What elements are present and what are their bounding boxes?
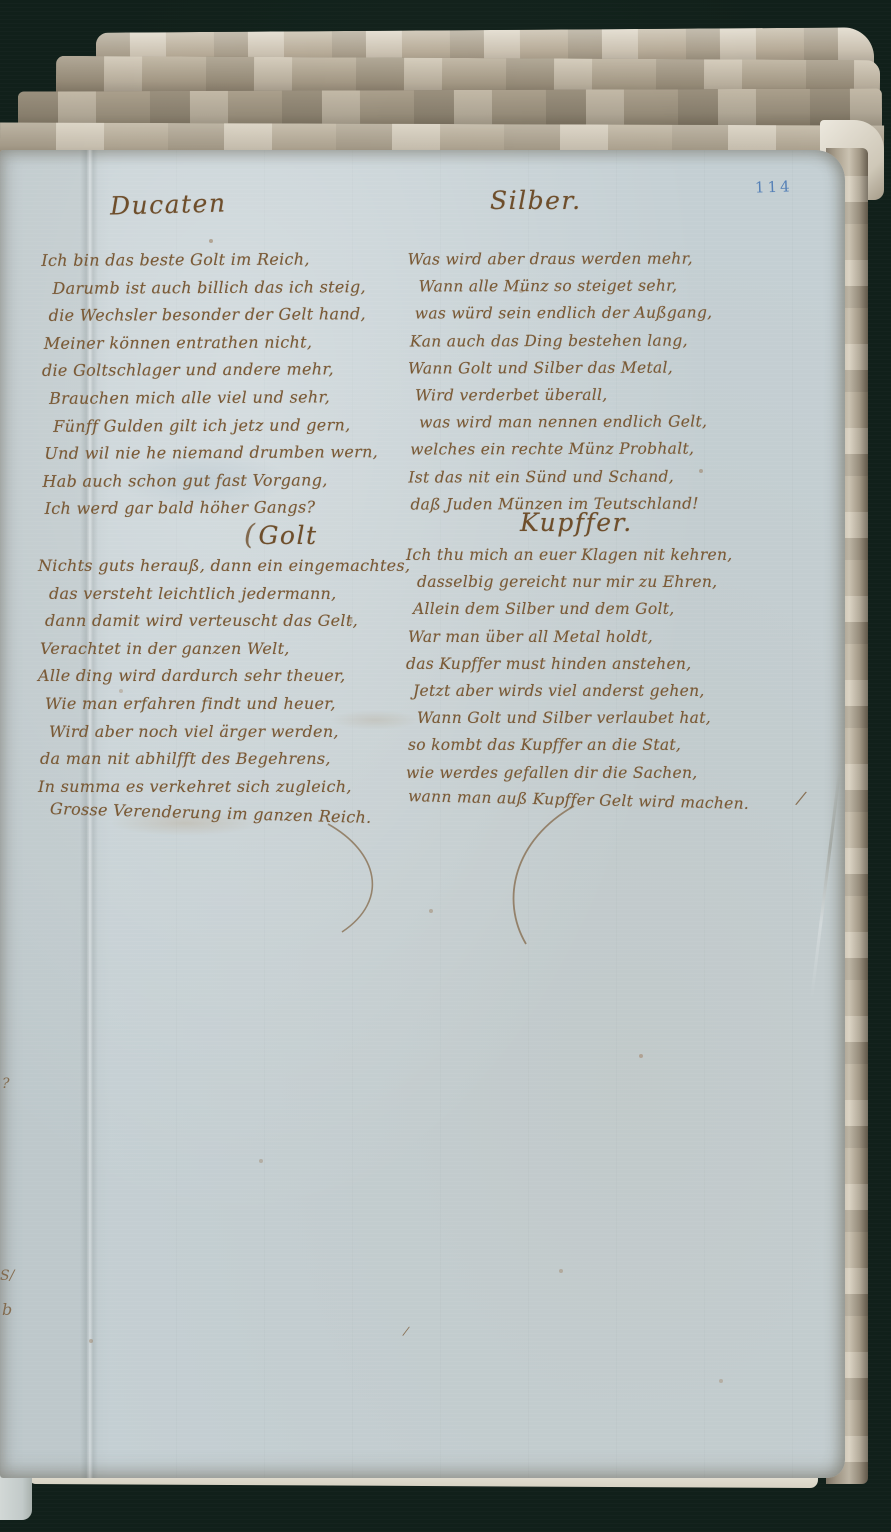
margin-ink-fragment: / bbox=[796, 788, 806, 810]
manuscript-line: Wann alle Münz so steiget sehr, bbox=[419, 273, 713, 301]
manuscript-line: Ich bin das beste Golt im Reich, bbox=[41, 245, 377, 274]
flourish-paren: ( bbox=[244, 518, 256, 551]
folio-number: 114 bbox=[755, 177, 793, 196]
manuscript-line: dasselbig gereicht nur mir zu Ehren, bbox=[417, 569, 749, 596]
margin-ink-fragment: b bbox=[2, 1300, 12, 1319]
manuscript-line: Ist das nit ein Sünd und Schand, bbox=[408, 463, 713, 491]
manuscript-page: 114 Ducaten Silber. (Golt Kupffer. Ich b… bbox=[0, 150, 845, 1478]
manuscript-line: Hab auch schon gut fast Vorgang, bbox=[42, 466, 378, 495]
manuscript-line: Kan auch das Ding bestehen lang, bbox=[410, 327, 713, 355]
heading-silber: Silber. bbox=[490, 186, 582, 215]
manuscript-line: das Kupffer must hinden anstehen, bbox=[406, 651, 749, 678]
column-kupffer: Ich thu mich an euer Klagen nit kehren,d… bbox=[408, 542, 749, 814]
fold-crease bbox=[810, 771, 841, 1000]
manuscript-line: Was wird aber draus werden mehr, bbox=[408, 245, 713, 273]
manuscript-line: Darumb ist auch billich das ich steig, bbox=[52, 273, 377, 302]
manuscript-line: Ich werd gar bald höher Gangs? bbox=[45, 493, 379, 522]
manuscript-line: Wann Golt und Silber verlaubet hat, bbox=[417, 705, 749, 732]
manuscript-line: Grosse Verenderung im ganzen Reich. bbox=[50, 795, 411, 833]
manuscript-line: daß Juden Münzen im Teutschland! bbox=[410, 490, 713, 518]
column-golt: Nichts guts herauß, dann ein eingemachte… bbox=[40, 552, 410, 828]
manuscript-line: welches ein rechte Münz Probhalt, bbox=[410, 436, 713, 464]
manuscript-line: wann man auß Kupffer Gelt wird machen. bbox=[408, 783, 750, 818]
column-silber: Was wird aber draus werden mehr,Wann all… bbox=[410, 245, 714, 518]
heading-ducaten: Ducaten bbox=[110, 188, 227, 220]
manuscript-line: so kombt das Kupffer an die Stat, bbox=[408, 732, 749, 759]
manuscript-line: Fünff Gulden gilt ich jetz und gern, bbox=[53, 411, 378, 440]
manuscript-line: wie werdes gefallen dir die Sachen, bbox=[406, 760, 749, 787]
manuscript-line: was wird man nennen endlich Gelt, bbox=[419, 409, 713, 437]
heading-golt: (Golt bbox=[244, 518, 318, 551]
manuscript-line: Wie man erfahren findt und heuer, bbox=[45, 690, 410, 718]
margin-ink-fragment: ? bbox=[2, 1076, 10, 1092]
margin-ink-fragment: / bbox=[403, 1324, 409, 1338]
margin-ink-fragment: S/ bbox=[0, 1268, 14, 1284]
manuscript-line: Verachtet in der ganzen Welt, bbox=[40, 635, 410, 663]
pen-flourish-icon bbox=[318, 818, 408, 938]
manuscript-line: die Wechsler besonder der Gelt hand, bbox=[49, 300, 378, 329]
manuscript-line: Und wil nie he niemand drumben wern, bbox=[44, 438, 378, 467]
manuscript-line: Nichts guts herauß, dann ein eingemachte… bbox=[38, 552, 410, 580]
manuscript-line: Meiner können entrathen nicht, bbox=[44, 328, 378, 357]
column-ducaten: Ich bin das beste Golt im Reich,Darumb i… bbox=[43, 245, 378, 523]
manuscript-scan: { "folio_number": "114", "colors": { "ba… bbox=[0, 0, 891, 1532]
pen-flourish-icon bbox=[470, 800, 590, 950]
manuscript-line: dann damit wird verteuscht das Gelt, bbox=[45, 607, 410, 635]
manuscript-line: War man über all Metal holdt, bbox=[408, 624, 749, 651]
manuscript-line: Allein dem Silber und dem Golt, bbox=[413, 596, 749, 623]
heading-golt-label: Golt bbox=[258, 521, 317, 550]
manuscript-line: Ich thu mich an euer Klagen nit kehren, bbox=[406, 542, 749, 569]
manuscript-line: die Goltschlager und andere mehr, bbox=[42, 356, 378, 385]
manuscript-line: Wann Golt und Silber das Metal, bbox=[408, 354, 713, 382]
manuscript-line: Brauchen mich alle viel und sehr, bbox=[49, 383, 378, 412]
manuscript-line: das versteht leichtlich jedermann, bbox=[49, 580, 410, 608]
manuscript-line: was würd sein endlich der Außgang, bbox=[415, 300, 713, 328]
manuscript-line: da man nit abhilfft des Begehrens, bbox=[40, 745, 410, 773]
manuscript-line: Wird aber noch viel ärger werden, bbox=[49, 718, 410, 746]
foxing-specks bbox=[0, 150, 2, 152]
manuscript-line: Jetzt aber wirds viel anderst gehen, bbox=[413, 678, 749, 705]
manuscript-line: Alle ding wird dardurch sehr theuer, bbox=[38, 662, 410, 690]
manuscript-line: Wird verderbet überall, bbox=[415, 381, 713, 409]
